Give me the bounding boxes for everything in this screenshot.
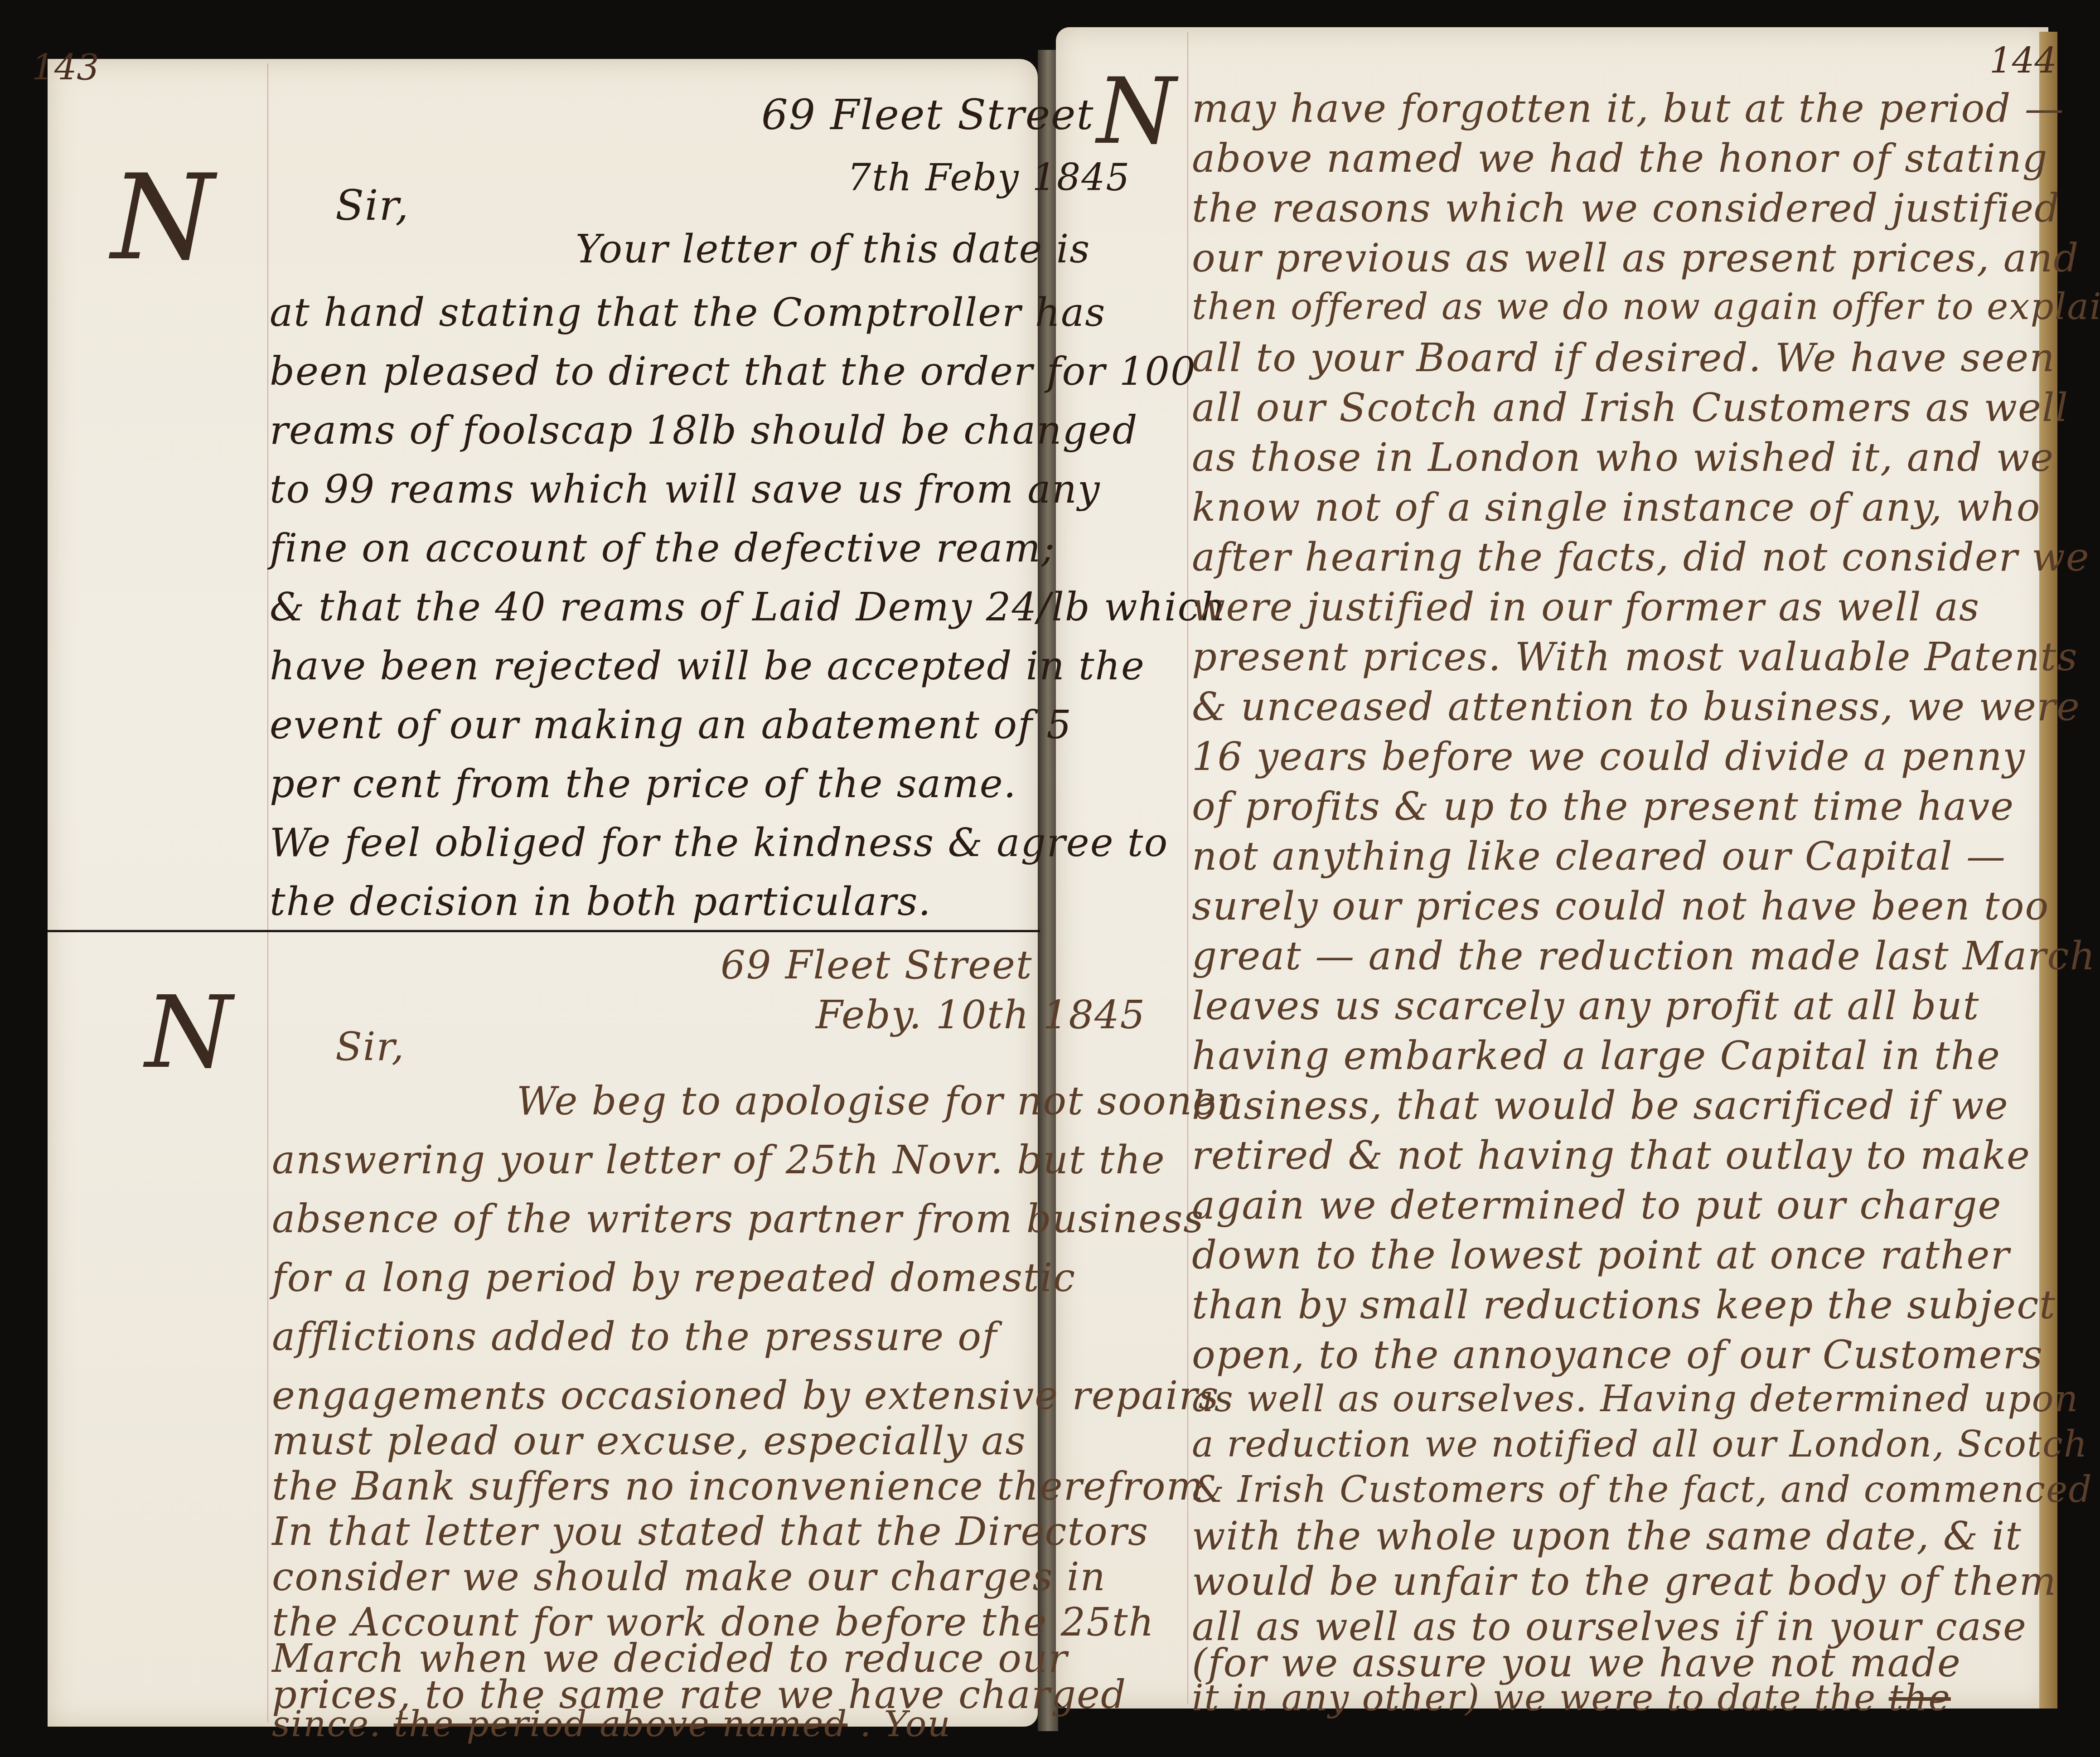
right-page-last-line: it in any other) we were to date the bbox=[1192, 1677, 1876, 1719]
letter-1-line: have been rejected will be accepted in t… bbox=[270, 644, 1145, 689]
letter-1-line: Your letter of this date is bbox=[576, 227, 1090, 272]
letter-1-line: to 99 reams which will save us from any bbox=[270, 467, 1101, 512]
letter-2-line: for a long period by repeated domestic bbox=[272, 1255, 1076, 1301]
right-page-line: down to the lowest point at once rather bbox=[1192, 1233, 2010, 1278]
right-page-line: & unceased attention to business, we wer… bbox=[1192, 684, 2081, 730]
letter-2-continued-word: . You bbox=[860, 1704, 951, 1745]
right-page-line: would be unfair to the great body of the… bbox=[1192, 1559, 2057, 1604]
right-page-line: than by small reductions keep the subjec… bbox=[1192, 1283, 2056, 1328]
right-page-line: retired & not having that outlay to make bbox=[1192, 1133, 2031, 1178]
right-page-line: above named we had the honor of stating bbox=[1192, 136, 2048, 181]
letter-1-line: fine on account of the defective ream; bbox=[270, 526, 1055, 571]
letter-2-line: must plead our excuse, especially as bbox=[272, 1418, 1026, 1464]
right-page-line: as well as ourselves. Having determined … bbox=[1192, 1378, 2079, 1420]
letter-1-line: the decision in both particulars. bbox=[270, 879, 932, 924]
right-page-line: business, that would be sacrificed if we bbox=[1192, 1083, 2009, 1128]
right-page-line: not anything like cleared our Capital — bbox=[1192, 834, 2006, 879]
right-page-line: & Irish Customers of the fact, and comme… bbox=[1192, 1468, 2093, 1510]
right-page-line: of profits & up to the present time have bbox=[1192, 784, 2014, 829]
letter-1-date: 7th Feby 1845 bbox=[847, 156, 1131, 199]
right-page-line: open, to the annoyance of our Customers bbox=[1192, 1332, 2043, 1378]
letter-2-line: In that letter you stated that the Direc… bbox=[272, 1509, 1149, 1554]
right-page-line: surely our prices could not have been to… bbox=[1192, 884, 2049, 929]
letter-1-line: event of our making an abatement of 5 bbox=[270, 702, 1072, 748]
letter-2-line: the Bank suffers no inconvenience theref… bbox=[272, 1464, 1204, 1509]
letter-2-line: consider we should make our charges in bbox=[272, 1554, 1106, 1600]
letter-1-line: We feel obliged for the kindness & agree… bbox=[270, 820, 1168, 866]
right-page-line: all to your Board if desired. We have se… bbox=[1192, 335, 2056, 381]
right-page-line: a reduction we notified all our London, … bbox=[1192, 1423, 2088, 1465]
right-page-struck-word: the bbox=[1889, 1677, 1951, 1719]
letter-1-line: per cent from the price of the same. bbox=[270, 761, 1017, 807]
right-page-line: having embarked a large Capital in the bbox=[1192, 1033, 2001, 1079]
check-mark-icon: N bbox=[145, 974, 232, 1090]
letter-1-address: 69 Fleet Street bbox=[761, 91, 1094, 139]
right-page-line: great — and the reduction made last Marc… bbox=[1192, 934, 2096, 979]
letter-divider bbox=[48, 930, 1040, 932]
letter-1-line: reams of foolscap 18lb should be changed bbox=[270, 408, 1138, 453]
letter-2-line: engagements occasioned by extensive repa… bbox=[272, 1373, 1219, 1418]
right-page-line: the reasons which we considered justifie… bbox=[1192, 186, 2060, 231]
right-page-line: know not of a single instance of any, wh… bbox=[1192, 485, 2041, 530]
letter-2-line: answering your letter of 25th Novr. but … bbox=[272, 1137, 1166, 1183]
right-page-line: 16 years before we could divide a penny bbox=[1192, 734, 2026, 779]
letter-2-struck-text: the period above named bbox=[394, 1704, 848, 1745]
letter-2-line: since. the period above named . You bbox=[272, 1704, 951, 1745]
letter-2-since: since. bbox=[272, 1704, 382, 1745]
letter-2-address: 69 Fleet Street bbox=[721, 943, 1033, 988]
letter-1-line: been pleased to direct that the order fo… bbox=[270, 349, 1196, 394]
check-mark-icon: N bbox=[1097, 59, 1176, 165]
page-number-left: 143 bbox=[32, 48, 99, 88]
left-margin-rule bbox=[267, 63, 268, 1722]
letter-2-date: Feby. 10th 1845 bbox=[816, 992, 1146, 1038]
letter-2-line: afflictions added to the pressure of bbox=[272, 1314, 997, 1360]
check-mark-icon: N bbox=[111, 150, 214, 286]
page-number-right: 144 bbox=[1989, 41, 2057, 82]
right-page-line: then offered as we do now again offer to… bbox=[1192, 286, 2100, 328]
right-page-line: leaves us scarcely any profit at all but bbox=[1192, 983, 1979, 1029]
right-page-line: again we determined to put our charge bbox=[1192, 1183, 2002, 1228]
right-page-line: our previous as well as present prices, … bbox=[1192, 236, 2079, 281]
right-page-line: it in any other) we were to date the the bbox=[1192, 1677, 1951, 1719]
right-page-line: were justified in our former as well as bbox=[1192, 585, 1980, 630]
right-margin-rule bbox=[1187, 32, 1188, 1704]
letter-1-line: at hand stating that the Comptroller has bbox=[270, 290, 1106, 335]
right-page-line: all our Scotch and Irish Customers as we… bbox=[1192, 385, 2069, 431]
letter-2-salutation: Sir, bbox=[335, 1024, 405, 1070]
letter-2-line: absence of the writers partner from busi… bbox=[272, 1196, 1204, 1242]
letter-2-line: We beg to apologise for not sooner bbox=[517, 1079, 1236, 1124]
right-page-line: present prices. With most valuable Paten… bbox=[1192, 634, 2078, 680]
letter-1-salutation: Sir, bbox=[335, 181, 410, 230]
right-page-line: with the whole upon the same date, & it bbox=[1192, 1514, 2022, 1559]
right-page-line: may have forgotten it, but at the period… bbox=[1192, 86, 2065, 131]
right-page-line: after hearing the facts, did not conside… bbox=[1192, 535, 2090, 580]
right-page-line: as those in London who wished it, and we bbox=[1192, 435, 2054, 480]
letter-1-line: & that the 40 reams of Laid Demy 24/lb w… bbox=[270, 585, 1226, 630]
